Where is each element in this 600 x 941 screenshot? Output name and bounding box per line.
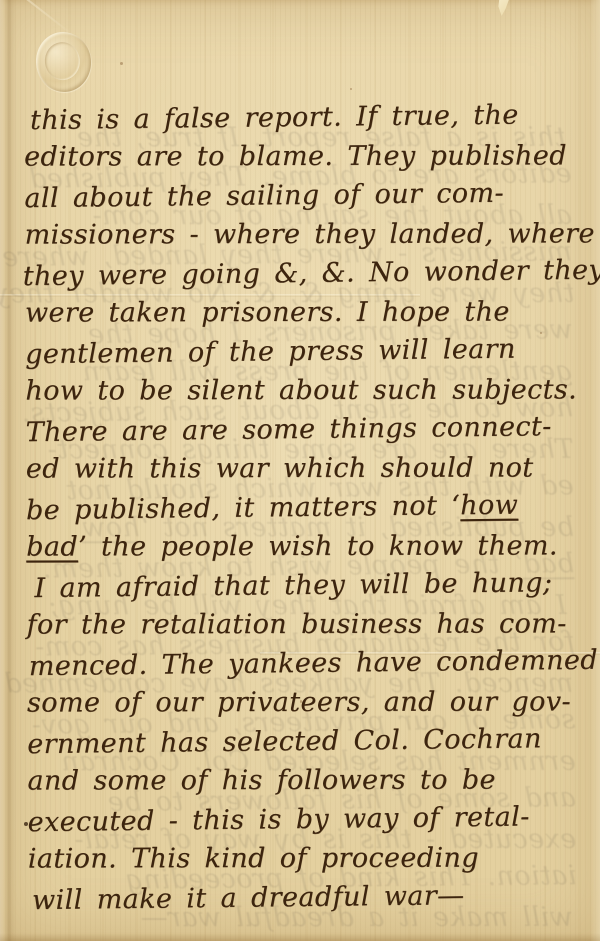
letter-text: this is a false report. If true, theedit…: [0, 96, 596, 918]
handwriting-line: ed with this war which should not: [26, 448, 594, 488]
handwriting-line: iation. This kind of proceeding: [28, 838, 596, 878]
handwriting-text: this is a false report. If true, the: [30, 100, 519, 137]
handwriting-line: this is a false report. If true, the: [30, 95, 592, 140]
paper-tear: [496, 0, 512, 16]
handwriting-text: editors are to blame. They published: [24, 140, 567, 172]
handwriting-text: were taken prisoners. I hope the: [25, 297, 510, 329]
handwriting-text: ’ the people wish to know them.: [78, 530, 558, 562]
handwriting-line: and some of his followers to be: [27, 760, 595, 800]
bottom-paper-edge: [0, 933, 600, 941]
handwriting-line: menced. The yankees have condemned: [29, 641, 595, 686]
handwriting-text: some of our privateers, and our gov-: [27, 686, 571, 718]
handwriting-line: some of our privateers, and our gov-: [27, 682, 595, 722]
handwriting-line: I am afraid that they will be hung;: [34, 563, 594, 608]
handwriting-line: how to be silent about such subjects.: [25, 370, 593, 410]
handwriting-line: ernment has selected Col. Cochran: [27, 719, 595, 764]
handwriting-line: were taken prisoners. I hope the: [25, 292, 593, 332]
handwriting-line: There are are some things connect-: [25, 407, 593, 452]
handwriting-line: they were going &, &. No wonder they: [23, 251, 593, 296]
handwriting-text: be published, it matters not ‘: [26, 490, 461, 526]
handwriting-text: will make it a dreadful war—: [32, 880, 465, 916]
handwriting-text: gentlemen of the press will learn: [25, 334, 516, 371]
handwriting-text: menced. The yankees have condemned: [29, 645, 598, 682]
handwriting-text: I am afraid that they will be hung;: [34, 567, 552, 604]
handwriting-text: executed - this is by way of retal-: [27, 801, 529, 838]
handwriting-line: missioners - where they landed, where: [25, 214, 593, 254]
handwriting-line: for the retaliation business has com-: [27, 604, 595, 644]
handwriting-text: all about the sailing of our com-: [24, 178, 504, 214]
handwriting-text: ed with this war which should not: [26, 452, 534, 484]
embossed-stationer-seal: [33, 29, 94, 94]
handwriting-line: all about the sailing of our com-: [24, 173, 592, 218]
letter-page: this is a false report. If true, theedit…: [0, 0, 600, 941]
foxing-spot: [350, 88, 352, 90]
embossed-seal-inner-ring: [43, 40, 82, 81]
handwriting-text: ernment has selected Col. Cochran: [27, 723, 542, 760]
handwriting-line: editors are to blame. They published: [24, 136, 592, 176]
handwriting-text: bad: [26, 531, 78, 562]
handwriting-text: for the retaliation business has com-: [27, 608, 567, 640]
handwriting-text: missioners - where they landed, where: [25, 218, 595, 250]
handwriting-line: be published, it matters not ‘how: [26, 485, 594, 530]
handwriting-line: will make it a dreadful war—: [32, 875, 596, 920]
handwriting-line: bad’ the people wish to know them.: [26, 526, 594, 566]
handwriting-text: how: [460, 490, 518, 522]
handwriting-text: iation. This kind of proceeding: [28, 843, 479, 875]
handwriting-text: how to be silent about such subjects.: [25, 374, 577, 406]
handwriting-text: they were going &, &. No wonder they: [23, 255, 600, 293]
handwriting-text: and some of his followers to be: [27, 765, 496, 797]
foxing-spot: [120, 62, 123, 65]
handwriting-line: executed - this is by way of retal-: [27, 797, 595, 842]
handwriting-text: There are are some things connect-: [25, 411, 551, 448]
handwriting-line: gentlemen of the press will learn: [25, 329, 593, 374]
